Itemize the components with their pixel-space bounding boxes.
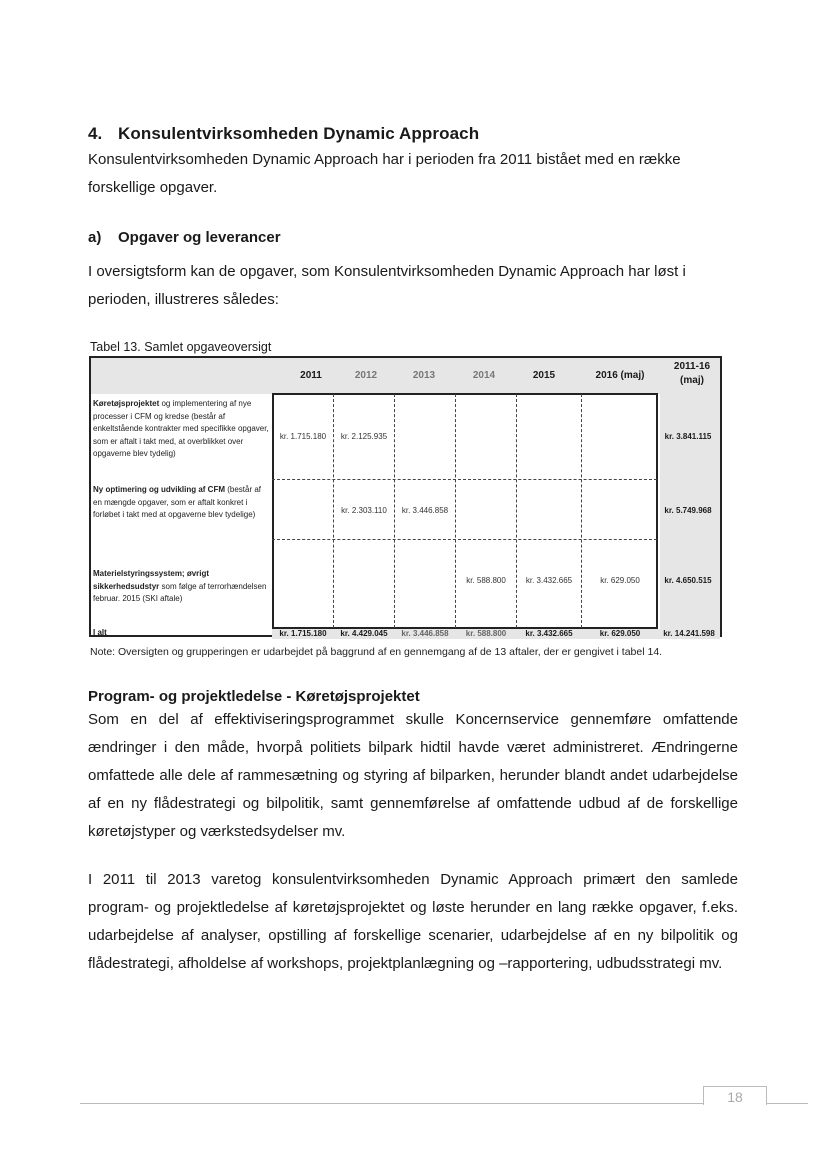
- total-2013: kr. 3.446.858: [396, 629, 454, 638]
- cell-r3-2016: kr. 629.050: [583, 576, 657, 585]
- grid-line: [272, 479, 657, 480]
- cell-r1-2012: kr. 2.125.935: [335, 432, 393, 441]
- total-2016: kr. 629.050: [583, 629, 657, 638]
- cell-r2-total: kr. 5.749.968: [658, 506, 718, 515]
- grid-line: [272, 539, 657, 540]
- footer-rule: [80, 1103, 703, 1104]
- col-header-total: 2011-16 (maj): [668, 360, 716, 388]
- subsection-title: Opgaver og leverancer: [118, 229, 281, 246]
- total-row-label: I alt: [93, 628, 107, 637]
- col-header-2011: 2011: [281, 370, 341, 381]
- total-column-band: [660, 358, 720, 635]
- program-paragraph-1: Som en del af effektiviseringsprogrammet…: [88, 706, 738, 846]
- cell-r3-2015: kr. 3.432.665: [518, 576, 580, 585]
- col-header-2013: 2013: [394, 370, 454, 381]
- col-header-2014: 2014: [454, 370, 514, 381]
- subsection-text: I oversigtsform kan de opgaver, som Kons…: [88, 258, 738, 314]
- row-label-2: Ny optimering og udvikling af CFM (bestå…: [93, 484, 271, 522]
- program-paragraph-2: I 2011 til 2013 varetog konsulentvirksom…: [88, 866, 738, 978]
- total-2015: kr. 3.432.665: [518, 629, 580, 638]
- section-number: 4.: [88, 124, 118, 144]
- section-intro: Konsulentvirksomheden Dynamic Approach h…: [88, 146, 738, 202]
- row-label-3: Materielstyringssystem; øvrigt sikkerhed…: [93, 568, 271, 606]
- col-header-2016: 2016 (maj): [585, 370, 655, 381]
- row-label-1: Køretøjsprojektet og implementering af n…: [93, 398, 271, 461]
- cell-r2-2013: kr. 3.446.858: [396, 506, 454, 515]
- col-header-2012: 2012: [336, 370, 396, 381]
- cell-r2-2012: kr. 2.303.110: [335, 506, 393, 515]
- cell-r1-2011: kr. 1.715.180: [274, 432, 332, 441]
- grid-line: [455, 394, 456, 628]
- total-2011: kr. 1.715.180: [274, 629, 332, 638]
- total-2014: kr. 588.800: [457, 629, 515, 638]
- program-heading: Program- og projektledelse - Køretøjspro…: [88, 688, 420, 705]
- total-row: I alt kr. 1.715.180 kr. 4.429.045 kr. 3.…: [91, 629, 720, 637]
- task-overview-table: 2011 2012 2013 2014 2015 2016 (maj) 2011…: [89, 356, 722, 637]
- grid-line: [394, 394, 395, 628]
- table-values-frame: [272, 393, 658, 629]
- subsection-heading: a)Opgaver og leverancer: [88, 229, 281, 246]
- cell-r3-2014: kr. 588.800: [457, 576, 515, 585]
- total-2012: kr. 4.429.045: [335, 629, 393, 638]
- subsection-label: a): [88, 229, 118, 246]
- grid-line: [333, 394, 334, 628]
- col-header-2015: 2015: [514, 370, 574, 381]
- grid-line: [581, 394, 582, 628]
- footer-rule: [766, 1103, 808, 1104]
- section-title: Konsulentvirksomheden Dynamic Approach: [118, 124, 479, 143]
- grid-line: [516, 394, 517, 628]
- cell-r3-total: kr. 4.650.515: [658, 576, 718, 585]
- page-number: 18: [703, 1086, 767, 1105]
- table-note: Note: Oversigten og grupperingen er udar…: [90, 646, 662, 658]
- table-caption: Tabel 13. Samlet opgaveoversigt: [90, 340, 271, 354]
- cell-r1-total: kr. 3.841.115: [658, 432, 718, 441]
- total-grand: kr. 14.241.598: [658, 629, 720, 638]
- section-heading: 4.Konsulentvirksomheden Dynamic Approach: [88, 124, 479, 144]
